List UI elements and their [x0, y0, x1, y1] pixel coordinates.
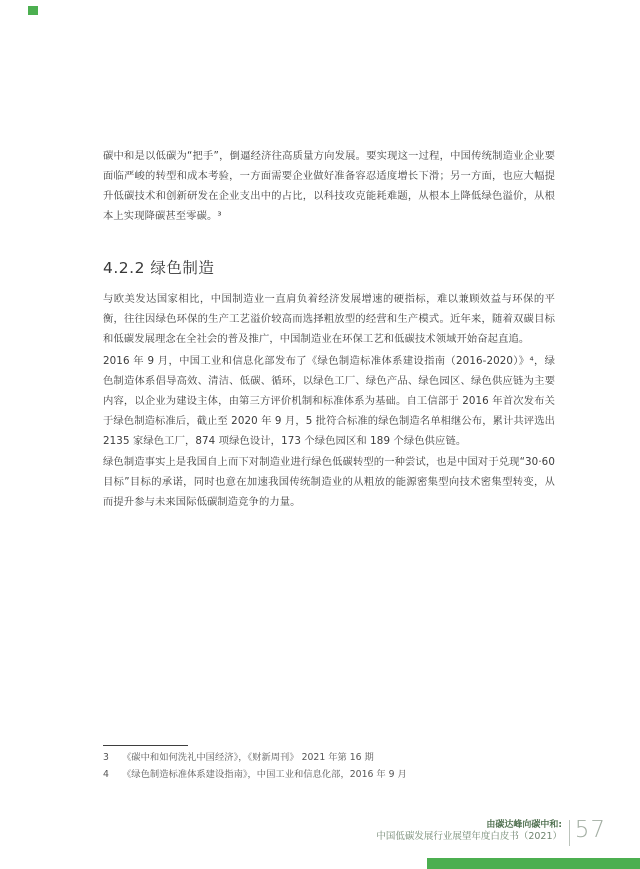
document-page: 碳中和是以低碳为“把手”，倒逼经济往高质量方向发展。要实现这一过程，中国传统制造… [0, 0, 640, 869]
body-paragraph-green-manufacturing: 绿色制造事实上是我国自上而下对制造业进行绿色低碳转型的一种尝试，也是中国对于兑现… [103, 452, 555, 512]
body-paragraph-carbon-neutral: 碳中和是以低碳为“把手”，倒逼经济往高质量方向发展。要实现这一过程，中国传统制造… [103, 146, 555, 226]
footnote-text: 《碳中和如何洗礼中国经济》，《财新周刊》 2021 年第 16 期 [122, 752, 555, 764]
footer-report-title: 由碳达峰向碳中和: 中国低碳发展行业展望年度白皮书（2021） [376, 820, 562, 843]
corner-accent-mark [28, 6, 38, 15]
footnote-divider [103, 745, 188, 746]
bottom-accent-bar [427, 858, 640, 869]
footnote-marker: 3 [103, 752, 122, 764]
footnote-row: 3 《碳中和如何洗礼中国经济》，《财新周刊》 2021 年第 16 期 [103, 752, 555, 764]
footnote-row: 4 《绿色制造标准体系建设指南》，中国工业和信息化部，2016 年 9 月 [103, 769, 555, 781]
page-number-separator [569, 820, 570, 846]
footer-title-line1: 由碳达峰向碳中和: [376, 820, 562, 831]
footnote-text: 《绿色制造标准体系建设指南》，中国工业和信息化部，2016 年 9 月 [122, 769, 555, 781]
body-paragraph-comparison: 与欧美发达国家相比，中国制造业一直肩负着经济发展增速的硬指标，难以兼顾效益与环保… [103, 289, 555, 349]
page-number: 57 [575, 817, 606, 843]
section-heading: 4.2.2 绿色制造 [103, 256, 555, 278]
body-paragraph-miit-guide: 2016 年 9 月，中国工业和信息化部发布了《绿色制造标准体系建设指南（201… [103, 351, 555, 451]
footnote-marker: 4 [103, 769, 122, 781]
footer-title-line2: 中国低碳发展行业展望年度白皮书（2021） [376, 831, 562, 843]
